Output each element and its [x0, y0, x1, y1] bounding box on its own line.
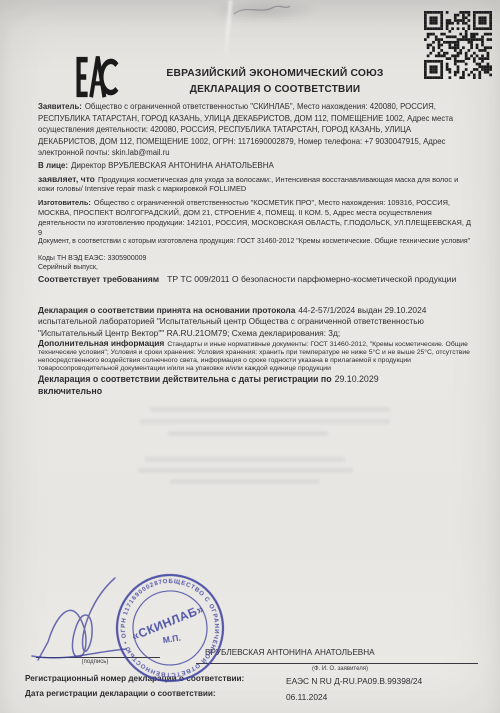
- declares-paragraph: заявляет, чтоПродукция косметическая для…: [38, 175, 472, 194]
- applicant-label: Заявитель:: [38, 102, 82, 111]
- validity-label: Декларация о соответствии действительна …: [38, 374, 332, 384]
- manufacturer-text: Общество с ограниченной ответственностью…: [38, 198, 471, 237]
- person-text: Директор ВРУБЛЕВСКАЯ АНТОНИНА АНАТОЛЬЕВН…: [71, 161, 274, 170]
- declares-text: Продукция косметическая для ухода за вол…: [38, 175, 458, 193]
- tnved-code-line: Коды ТН ВЭД ЕАЭС: 3305900009: [38, 255, 472, 264]
- manufacturer-label: Изготовитель:: [38, 198, 91, 207]
- document-basis-text: Документ, в соответствии с которым изгот…: [38, 238, 470, 245]
- person-label: В лице:: [38, 161, 68, 170]
- fio-caption: (Ф. И. О. заявителя): [270, 666, 410, 672]
- company-stamp: ОБЩЕСТВО С ОГРАНИЧЕННОЙ ОТВЕТСТВЕННОСТЬЮ…: [101, 559, 238, 696]
- declaration-document: ЕВРАЗИЙСКИЙ ЭКОНОМИЧЕСКИЙ СОЮЗ ДЕКЛАРАЦИ…: [0, 0, 500, 713]
- additional-info-label: Дополнительная информация: [38, 338, 164, 348]
- eac-logo-icon: [73, 55, 119, 104]
- manufacturer-paragraph: Изготовитель:Общество с ограниченной отв…: [38, 198, 472, 238]
- conformity-paragraph: Соответствует требованиямТР ТС 009/2011 …: [38, 274, 472, 285]
- union-title: ЕВРАЗИЙСКИЙ ЭКОНОМИЧЕСКИЙ СОЮЗ: [150, 68, 400, 79]
- bleedthrough-mark: [150, 407, 390, 412]
- protocol-basis-paragraph: Декларация о соответствии принята на осн…: [38, 305, 472, 339]
- document-header: ЕВРАЗИЙСКИЙ ЭКОНОМИЧЕСКИЙ СОЮЗ ДЕКЛАРАЦИ…: [150, 68, 400, 95]
- registration-date-value: 06.11.2024: [286, 692, 327, 702]
- validity-suffix: включительно: [38, 386, 472, 398]
- pen-mark: [232, 1, 292, 17]
- additional-info-paragraph: Дополнительная информацияСтандарты и ины…: [38, 339, 472, 373]
- stamp-mp-label: М.П.: [162, 633, 181, 646]
- bleedthrough-mark: [168, 431, 328, 436]
- protocol-basis-label: Декларация о соответствии принята на осн…: [38, 305, 295, 315]
- bleedthrough-mark: [145, 457, 345, 462]
- tnved-text: Коды ТН ВЭД ЕАЭС: 3305900009: [38, 255, 146, 262]
- conformity-text: ТР ТС 009/2011 О безопасности парфюмерно…: [167, 274, 456, 284]
- declares-label: заявляет, что: [38, 174, 95, 184]
- fio-line: [196, 663, 478, 664]
- serial-release-line: Серийный выпуск,: [38, 264, 472, 273]
- registration-number-value: ЕАЭС N RU Д-RU.РА09.В.99398/24: [286, 676, 422, 686]
- document-title: ДЕКЛАРАЦИЯ О СООТВЕТСТВИИ: [150, 84, 400, 95]
- document-basis-paragraph: Документ, в соответствии с которым изгот…: [38, 238, 472, 247]
- bleedthrough-mark: [140, 419, 390, 424]
- conformity-label: Соответствует требованиям: [38, 274, 159, 284]
- bleedthrough-mark: [138, 468, 353, 473]
- person-paragraph: В лице:Директор ВРУБЛЕВСКАЯ АНТОНИНА АНА…: [38, 160, 472, 171]
- validity-date: 29.10.2029: [335, 374, 379, 384]
- serial-text: Серийный выпуск,: [38, 264, 98, 271]
- validity-paragraph: Декларация о соответствии действительна …: [38, 374, 472, 397]
- qr-code: [424, 11, 492, 79]
- applicant-text: Общество с ограниченной ответственностью…: [38, 102, 453, 157]
- applicant-paragraph: Заявитель:Общество с ограниченной ответс…: [38, 101, 472, 159]
- bleedthrough-mark: [170, 479, 320, 484]
